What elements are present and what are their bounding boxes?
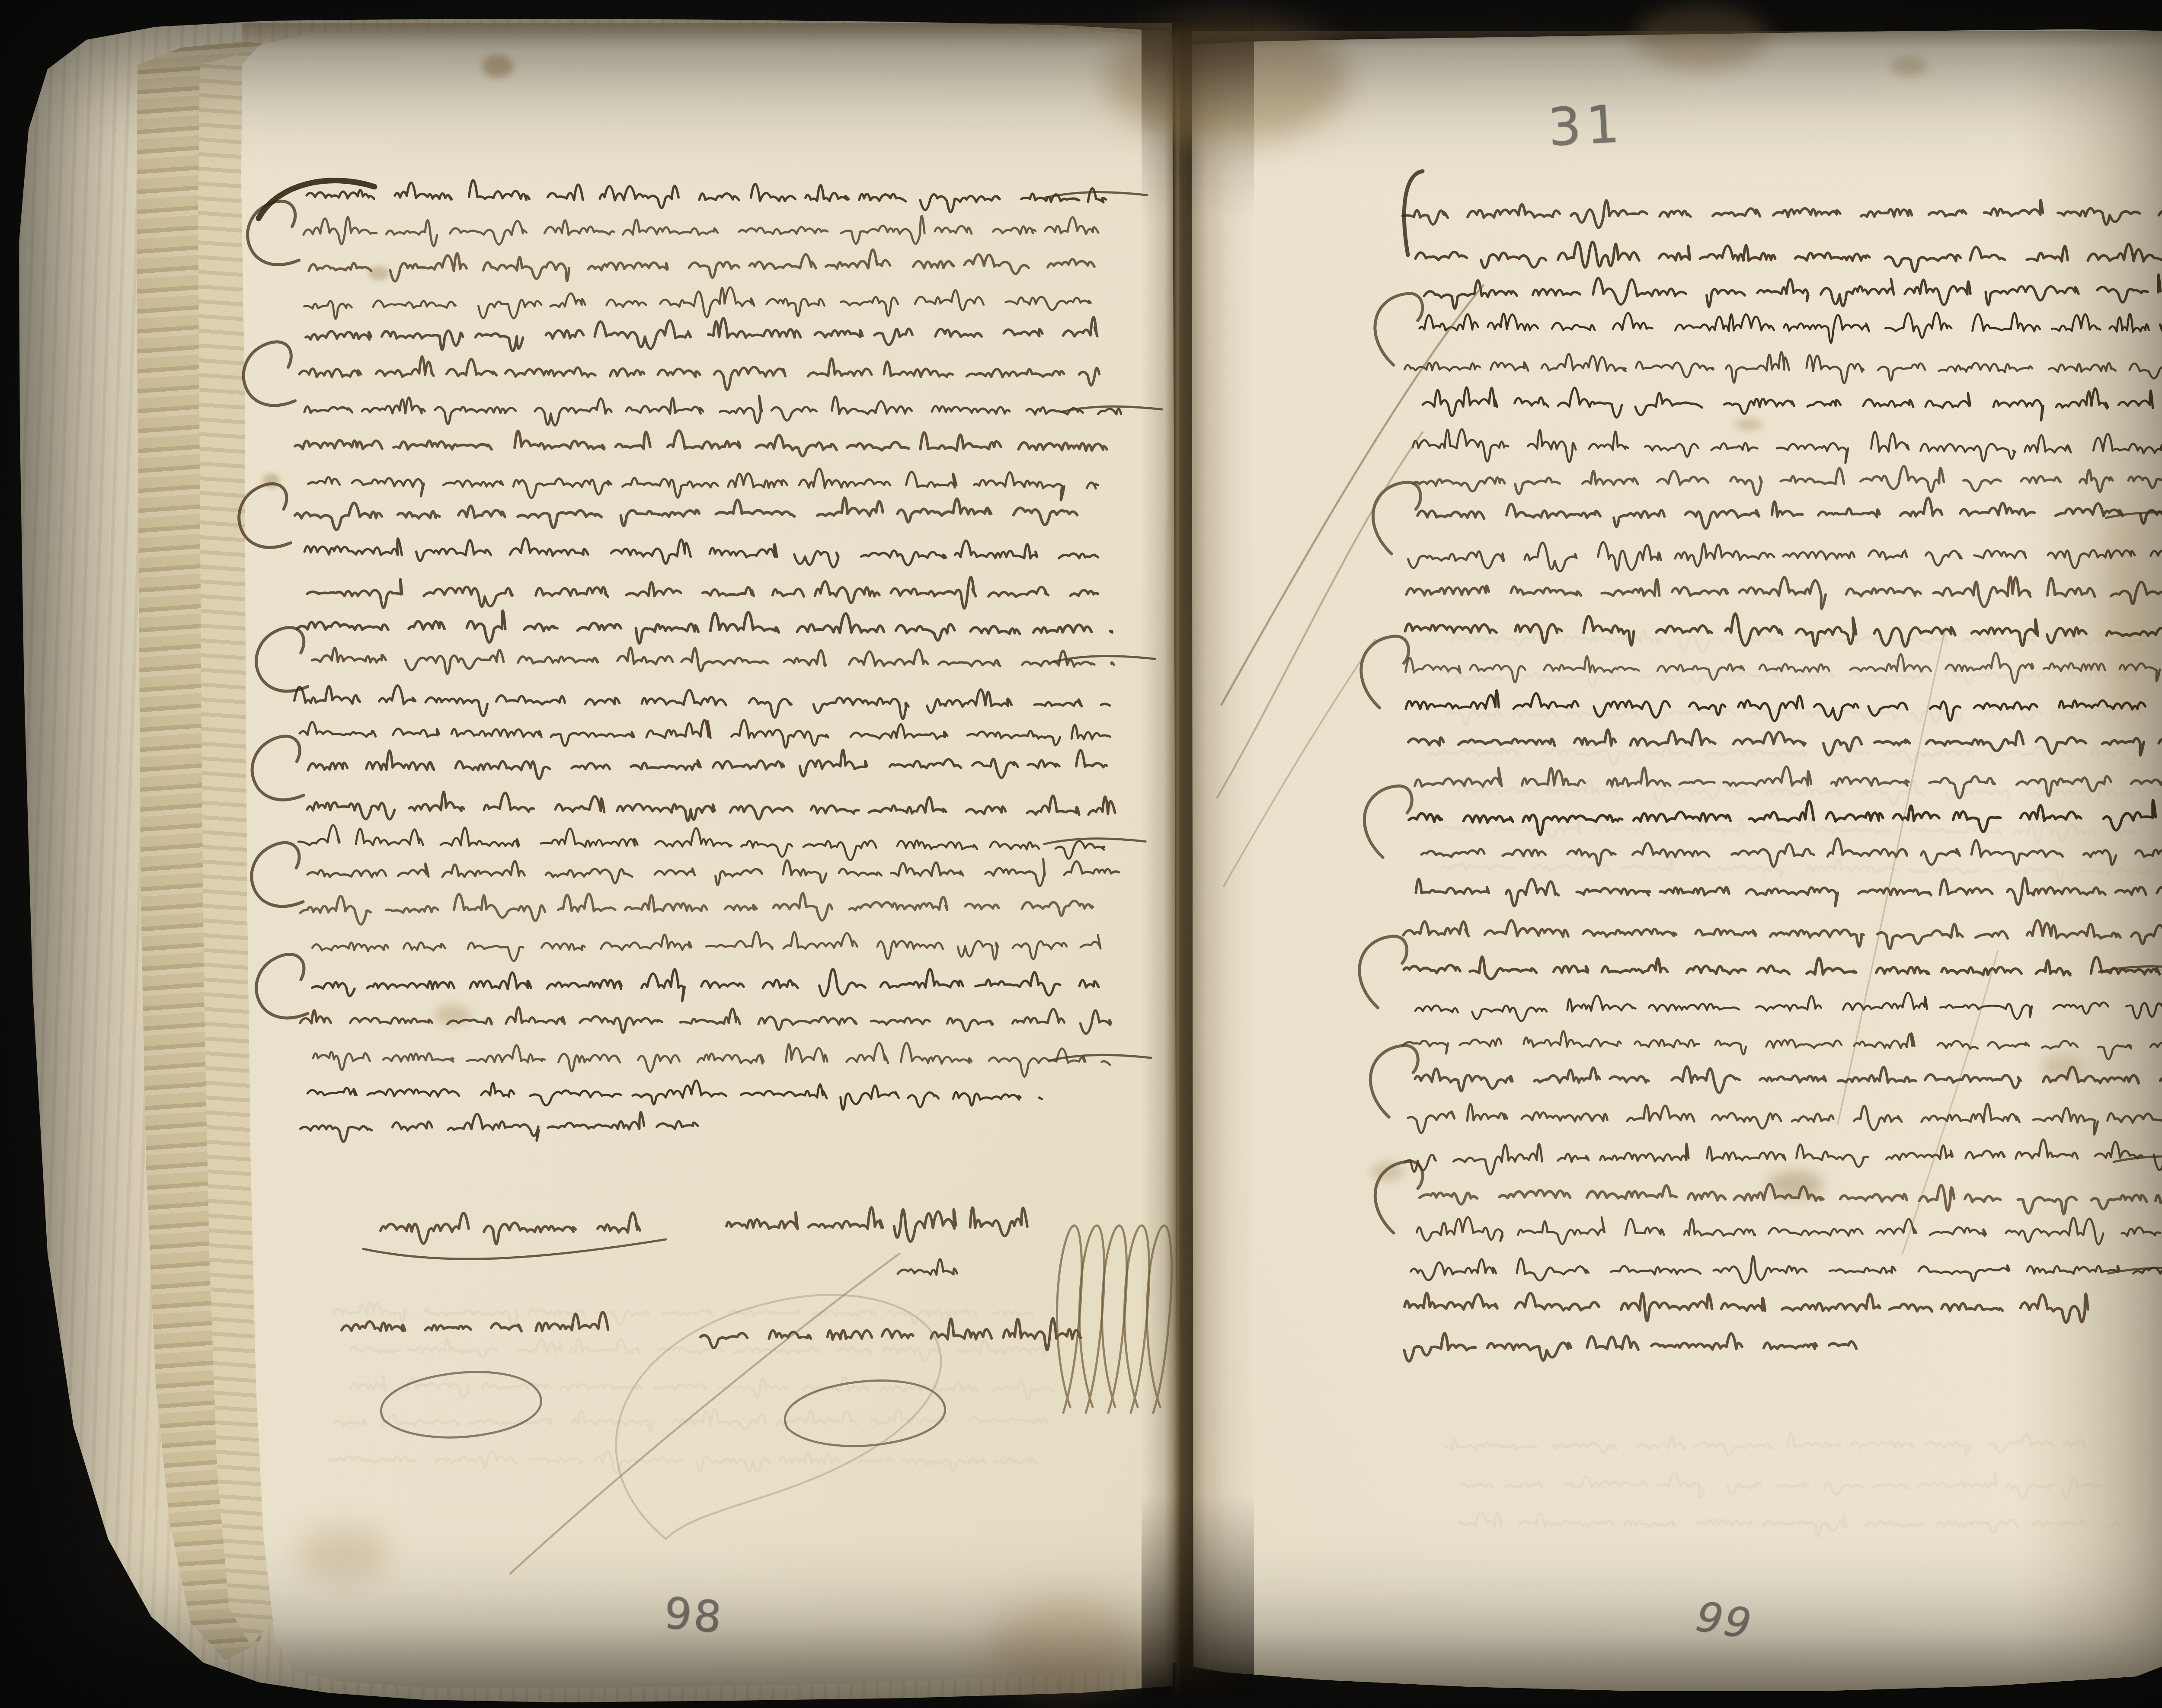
folio-number: 31 [1546, 94, 1626, 158]
left-page-number: 98 [662, 1587, 726, 1643]
book-spread-photo: 31 98 99 [0, 0, 2162, 1708]
